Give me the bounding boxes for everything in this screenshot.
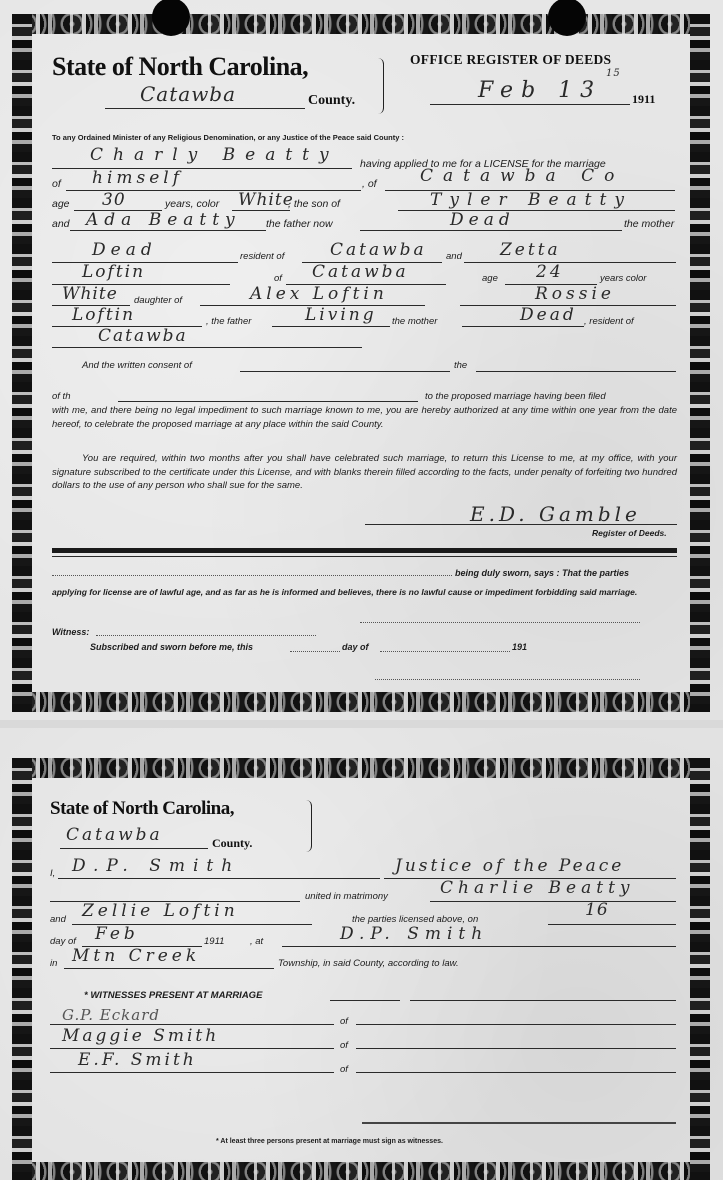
bride-father: Alex Loftin	[250, 284, 388, 304]
date-month-day: Feb 13	[478, 78, 602, 103]
day-line	[548, 924, 676, 925]
year-value: 1911	[204, 936, 224, 947]
ornamental-border-bottom	[14, 1162, 710, 1180]
consent-the-label: the	[454, 360, 467, 371]
officiant-signature-line	[362, 1122, 676, 1124]
officiant-title: Justice of the Peace	[395, 856, 624, 876]
son-of-label: , the son of	[288, 198, 340, 210]
certificate-state-title: State of North Carolina,	[50, 798, 234, 820]
color-value: White	[238, 190, 294, 210]
ornamental-border-right	[690, 758, 710, 1180]
ornamental-border-bottom	[14, 692, 710, 712]
of3-label: of	[274, 273, 282, 284]
and-label: and	[50, 914, 66, 925]
bride-mother-first: Rossie	[535, 284, 615, 304]
consent-line-3	[118, 401, 418, 402]
register-title: Register of Deeds.	[592, 528, 667, 538]
ornamental-border-left	[12, 758, 32, 1180]
mother-label: the mother	[624, 218, 674, 230]
witness-label: Witness:	[52, 627, 89, 637]
witness-of-line-1	[356, 1024, 676, 1025]
affiant-dotted-line	[52, 575, 452, 576]
witnesses-header-line-2	[410, 1000, 676, 1001]
groom-line	[430, 901, 676, 902]
of-value: himself	[92, 168, 183, 188]
father-status-line	[360, 230, 622, 231]
resident-of-label: resident of	[240, 251, 284, 262]
ornamental-border-right	[690, 14, 710, 712]
bride-parents-residence-line	[52, 347, 362, 348]
day-value: 16	[585, 900, 609, 920]
witness-name-1: G.P. Eckard	[62, 1006, 160, 1024]
certificate-brace	[306, 800, 312, 852]
witness-of-label-2: of	[340, 1040, 348, 1051]
of-th-label: of th	[52, 391, 71, 402]
mother-status: Dead	[92, 240, 157, 260]
witness-line-3	[50, 1072, 334, 1073]
bride-last: Loftin	[82, 262, 145, 282]
officiant-line	[58, 878, 380, 879]
mother-line	[70, 230, 266, 231]
bride-father-status-line	[272, 326, 390, 327]
section-divider	[52, 548, 677, 553]
at-label: , at	[250, 936, 263, 947]
certificate-county-value: Catawba	[66, 825, 163, 845]
month-dotted-line	[380, 651, 510, 652]
witness-of-label-3: of	[340, 1064, 348, 1075]
bride-color: White	[62, 284, 118, 304]
township-line	[64, 968, 274, 969]
county-label: County.	[308, 93, 355, 109]
in-label: in	[50, 958, 57, 969]
consent-line-2	[476, 371, 676, 372]
official-dotted-line	[375, 679, 640, 680]
of2-label: , of	[362, 178, 377, 190]
marriage-certificate-sheet: State of North Carolina, Catawba County.…	[0, 728, 723, 1180]
location-value: D.P. Smith	[340, 924, 488, 944]
county-value: Catawba	[140, 82, 236, 106]
township-value: Mtn Creek	[72, 946, 200, 966]
consent-line-1	[240, 371, 450, 372]
resident-of2-label: , resident of	[584, 316, 634, 327]
age-value: 30	[102, 190, 126, 210]
month-value: Feb	[95, 924, 139, 944]
sworn-text: being duly sworn, says : That the partie…	[455, 568, 629, 578]
united-label: united in matrimony	[305, 891, 388, 902]
day-of-label: day of	[342, 642, 369, 652]
witness-line-1	[50, 1024, 334, 1025]
witness-of-line-3	[356, 1072, 676, 1073]
of-label: of	[52, 178, 61, 190]
bride-parents-residence: Catawba	[98, 326, 188, 346]
ornamental-border-top	[14, 14, 710, 34]
section-divider-thin	[52, 556, 677, 557]
the-father-label: , the father	[206, 316, 251, 327]
register-signature-line	[365, 524, 677, 525]
father-line	[398, 210, 675, 211]
bride-mother-status: Dead	[520, 305, 577, 325]
bride-first: Zetta	[500, 240, 561, 260]
bride-mother-status-line	[462, 326, 584, 327]
witness-name-2: Maggie Smith	[62, 1026, 219, 1046]
ornamental-border-left	[12, 14, 32, 712]
location-line	[282, 946, 676, 947]
bride-first-line	[464, 262, 676, 263]
witnesses-header-line-1	[330, 1000, 400, 1001]
father-status: Dead	[450, 210, 515, 230]
affiant-signature-line	[360, 622, 640, 623]
witness-of-line-2	[356, 1048, 676, 1049]
bride-name: Zellie Loftin	[82, 901, 239, 921]
applicant-name: Charly Beatty	[90, 145, 339, 165]
authorization-paragraph: with me, and there being no legal impedi…	[52, 404, 677, 431]
county-line	[105, 108, 305, 109]
witness-dotted-line	[96, 635, 316, 636]
year-label: 191	[512, 642, 527, 652]
witnesses-header: * WITNESSES PRESENT AT MARRIAGE	[84, 990, 262, 1001]
resident-of-value: Catawba	[330, 240, 427, 260]
witness-of-label-1: of	[340, 1016, 348, 1027]
witness-line-2	[50, 1048, 334, 1049]
certificate-county-line	[60, 848, 208, 849]
groom-name: Charlie Beatty	[440, 878, 635, 898]
father-now-label: the father now	[266, 218, 333, 230]
date-superscript: 15	[606, 68, 621, 79]
witness-name-3: E.F. Smith	[78, 1050, 197, 1070]
residence-value: Catawba Co	[420, 166, 624, 186]
date-year: 1911	[632, 92, 655, 107]
officiant-name: D.P. Smith	[72, 856, 240, 876]
and2-label: and	[446, 251, 462, 262]
i-label: I,	[50, 868, 55, 879]
marriage-license-sheet: State of North Carolina, OFFICE REGISTER…	[0, 0, 723, 720]
township-label: Township, in said County, according to l…	[278, 958, 459, 969]
day-dotted-line	[290, 651, 340, 652]
header-brace	[378, 58, 384, 114]
years-color-label: years, color	[165, 198, 219, 210]
bride-age: 24	[536, 262, 564, 282]
mother-name: Ada Beatty	[86, 210, 241, 230]
register-signature: E.D. Gamble	[470, 502, 641, 526]
father-name: Tyler Beatty	[430, 190, 632, 210]
date-line	[430, 104, 630, 105]
consent-paragraph: to the proposed marriage having been fil…	[425, 391, 606, 402]
affidavit-paragraph: applying for license are of lawful age, …	[52, 587, 677, 599]
requirement-paragraph: You are required, within two months afte…	[52, 452, 677, 493]
the-mother-label: the mother	[392, 316, 437, 327]
years-color2-label: years color	[600, 273, 646, 284]
address-line: To any Ordained Minister of any Religiou…	[52, 133, 404, 142]
certificate-county-label: County.	[212, 836, 252, 851]
certificate-footnote: * At least three persons present at marr…	[216, 1138, 443, 1145]
subscribed-label: Subscribed and sworn before me, this	[90, 642, 253, 652]
office-header: OFFICE REGISTER OF DEEDS	[410, 52, 611, 68]
bride-mother-last: Loftin	[72, 305, 135, 325]
age-label: age	[52, 198, 70, 210]
state-title: State of North Carolina,	[52, 52, 308, 82]
consent-label: And the written consent of	[82, 360, 192, 371]
ornamental-border-top	[14, 758, 710, 778]
and-label: and	[52, 218, 70, 230]
bride-residence: Catawba	[312, 262, 409, 282]
daughter-of-label: daughter of	[134, 295, 182, 306]
bride-father-status: Living	[305, 305, 377, 325]
bride-age-label: age	[482, 273, 498, 284]
